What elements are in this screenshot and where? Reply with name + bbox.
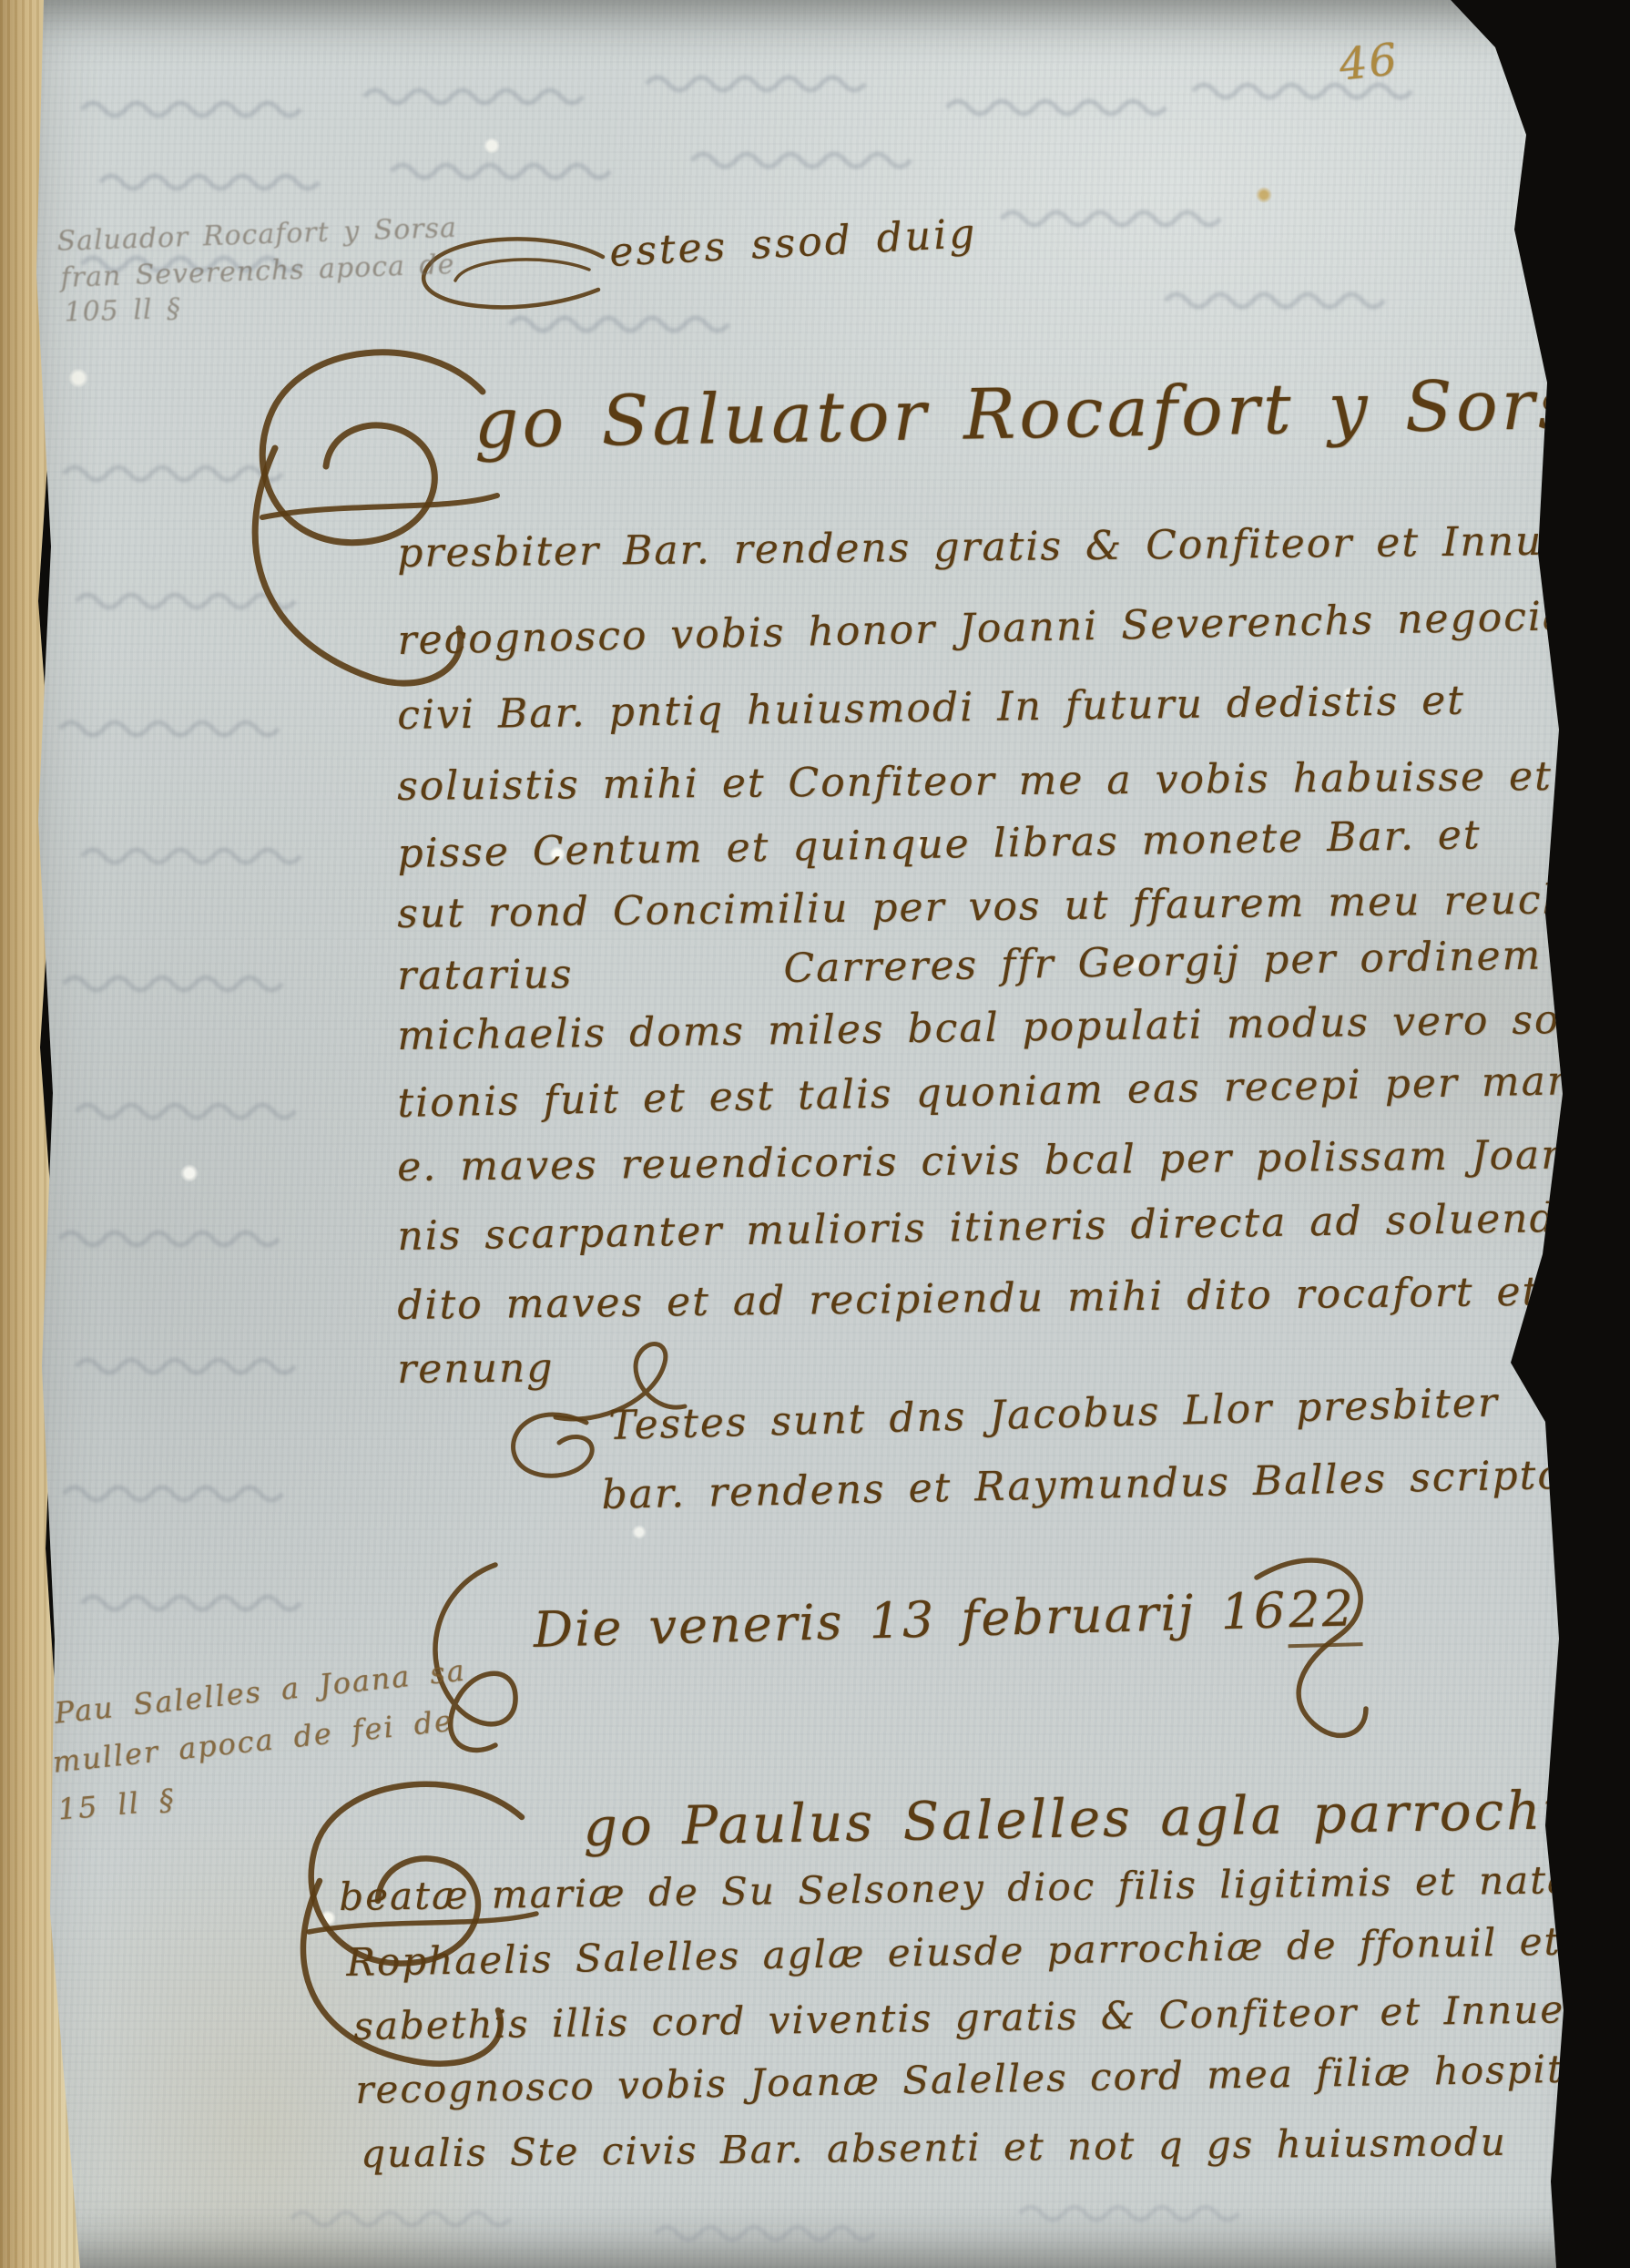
date-year-underlined: 22 <box>1286 1579 1363 1648</box>
witness-flourish <box>499 1405 599 1486</box>
entry-1-line: ratarius <box>397 951 574 999</box>
entry-1-line: renung <box>397 1344 555 1393</box>
manuscript-page: 46 estes ssod duig Saluador Rocafort y S… <box>0 0 1630 2268</box>
margin-note-top-line: 105 ll § <box>64 293 182 329</box>
date-trail-flourish <box>1229 1541 1402 1796</box>
manuscript-scan: 46 estes ssod duig Saluador Rocafort y S… <box>0 0 1630 2268</box>
folio-number: 46 <box>1337 34 1401 90</box>
